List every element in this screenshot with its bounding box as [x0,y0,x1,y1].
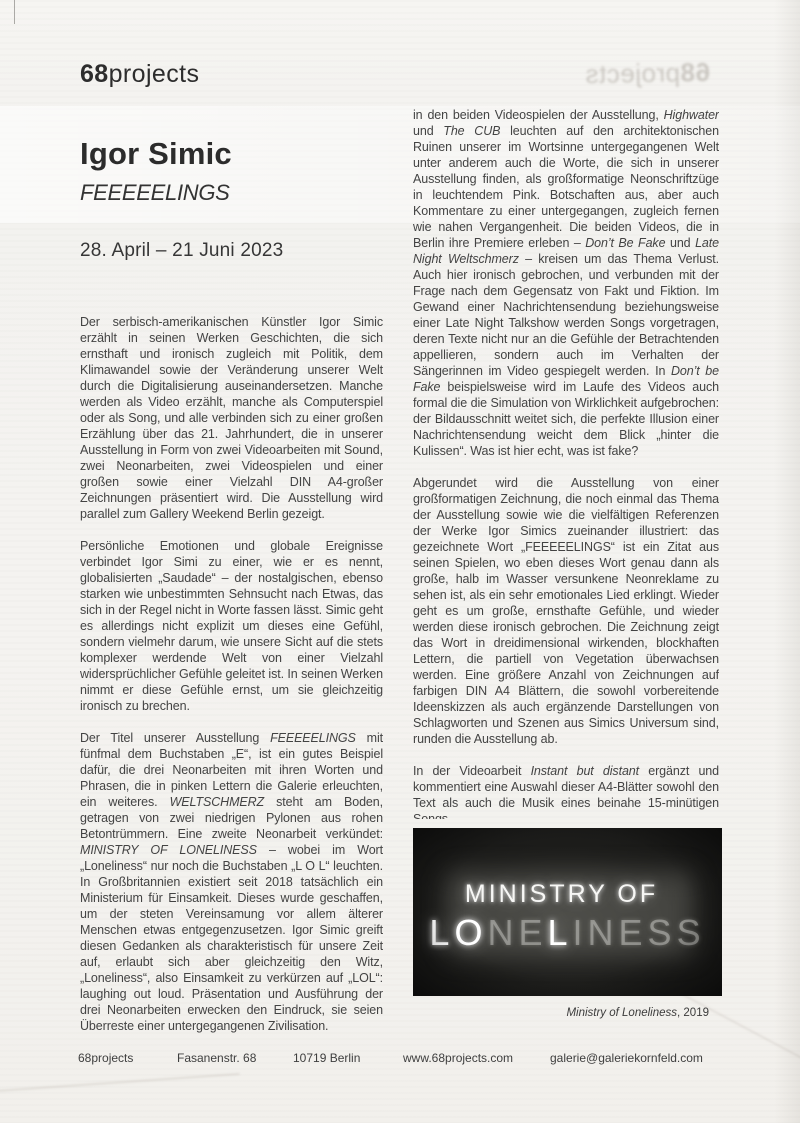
footer-gallery-name: 68projects [78,1051,133,1065]
gallery-logo-word: projects [109,60,200,88]
paragraph: Persönliche Emotionen und globale Ereign… [80,538,383,714]
footer: 68projects Fasanenstr. 68 10719 Berlin w… [0,1051,800,1069]
footer-email: galerie@galeriekornfeld.com [550,1051,703,1065]
footer-street: Fasanenstr. 68 [177,1051,256,1065]
bleed-through-logo: 68projects [565,57,731,91]
exhibition-dates: 28. April – 21 Juni 2023 [80,240,283,262]
paragraph: Der serbisch-amerikanischen Künstler Igo… [80,314,383,522]
bleed-through-logo-regular: projects [585,57,681,89]
gallery-logo-number: 68 [80,60,109,88]
bleed-through-logo-bold: 68 [680,57,710,88]
artwork-photo: MINISTRY OF LONELINESS [413,828,722,996]
artwork-caption-year: , 2019 [677,1007,709,1019]
scanned-press-release-page: 68projects 68projects Igor Simic FEEEEEL… [0,0,800,1123]
paragraph: In der Videoarbeit Instant but distant e… [413,763,719,819]
crop-mark [14,0,15,24]
right-text-column: in den beiden Videospielen der Ausstellu… [413,107,719,819]
paper-crease [0,1073,240,1093]
artwork-figure: MINISTRY OF LONELINESS Ministry of Lonel… [413,828,722,1019]
gallery-logo: 68projects [80,60,199,89]
artist-name: Igor Simic [80,136,232,172]
artwork-caption-title: Ministry of Loneliness [566,1007,677,1019]
exhibition-title: FEEEEELINGS [80,180,230,206]
photo-vignette [413,828,722,996]
paragraph: in den beiden Videospielen der Ausstellu… [413,107,719,459]
left-text-column: Der serbisch-amerikanischen Künstler Igo… [80,314,383,1036]
footer-city: 10719 Berlin [293,1051,360,1065]
artwork-caption: Ministry of Loneliness, 2019 [413,1007,709,1019]
paragraph: Der Titel unserer Ausstellung FEEEEELING… [80,730,383,1034]
footer-website: www.68projects.com [403,1051,513,1065]
paragraph: Abgerundet wird die Ausstellung von eine… [413,475,719,747]
